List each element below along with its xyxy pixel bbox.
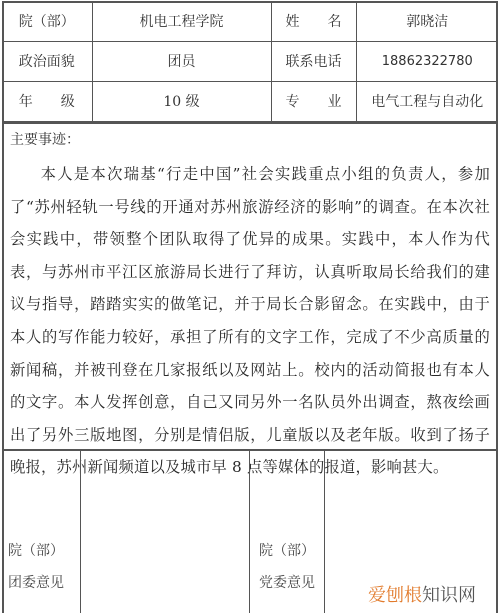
- department-label: 院（部）: [2, 1, 92, 41]
- column-divider: [249, 451, 250, 613]
- league-label-line2: 团委意见: [8, 567, 64, 599]
- watermark-part2: 知识网: [422, 585, 476, 606]
- political-status-value: 团员: [92, 41, 271, 81]
- watermark-part1: 爱刨根: [368, 585, 422, 606]
- student-info-table: 院（部） 机电工程学院 姓 名 郭晓洁 政治面貌 团员 联系电话 1886232…: [2, 1, 498, 122]
- phone-label: 联系电话: [271, 41, 356, 81]
- name-value: 郭晓洁: [356, 1, 498, 41]
- political-status-label: 政治面貌: [2, 41, 92, 81]
- deeds-title: 主要事迹：: [10, 130, 490, 150]
- major-label: 专 业: [271, 81, 356, 121]
- name-label: 姓 名: [271, 1, 356, 41]
- major-value: 电气工程与自动化: [356, 81, 498, 121]
- grade-value: 10 级: [92, 81, 271, 121]
- phone-value: 18862322780: [356, 41, 498, 81]
- main-deeds-section: 主要事迹： 本人是本次瑞基“行走中国”社会实践重点小组的负责人，参加了“苏州轻轨…: [4, 122, 496, 451]
- table-row: 政治面貌 团员 联系电话 18862322780: [2, 41, 498, 81]
- party-label-line2: 党委意见: [259, 567, 315, 599]
- party-label-line1: 院（部）: [259, 535, 315, 567]
- league-opinion-field[interactable]: [81, 451, 249, 613]
- department-value: 机电工程学院: [92, 1, 271, 41]
- deeds-body: 本人是本次瑞基“行走中国”社会实践重点小组的负责人，参加了“苏州轻轨一号线的开通…: [10, 158, 490, 484]
- watermark: 爱刨根知识网: [368, 581, 476, 607]
- league-opinion-label: 院（部） 团委意见: [8, 535, 64, 599]
- party-opinion-label: 院（部） 党委意见: [259, 535, 315, 599]
- table-row: 年 级 10 级 专 业 电气工程与自动化: [2, 81, 498, 121]
- grade-label: 年 级: [2, 81, 92, 121]
- league-label-line1: 院（部）: [8, 535, 64, 567]
- table-row: 院（部） 机电工程学院 姓 名 郭晓洁: [2, 1, 498, 41]
